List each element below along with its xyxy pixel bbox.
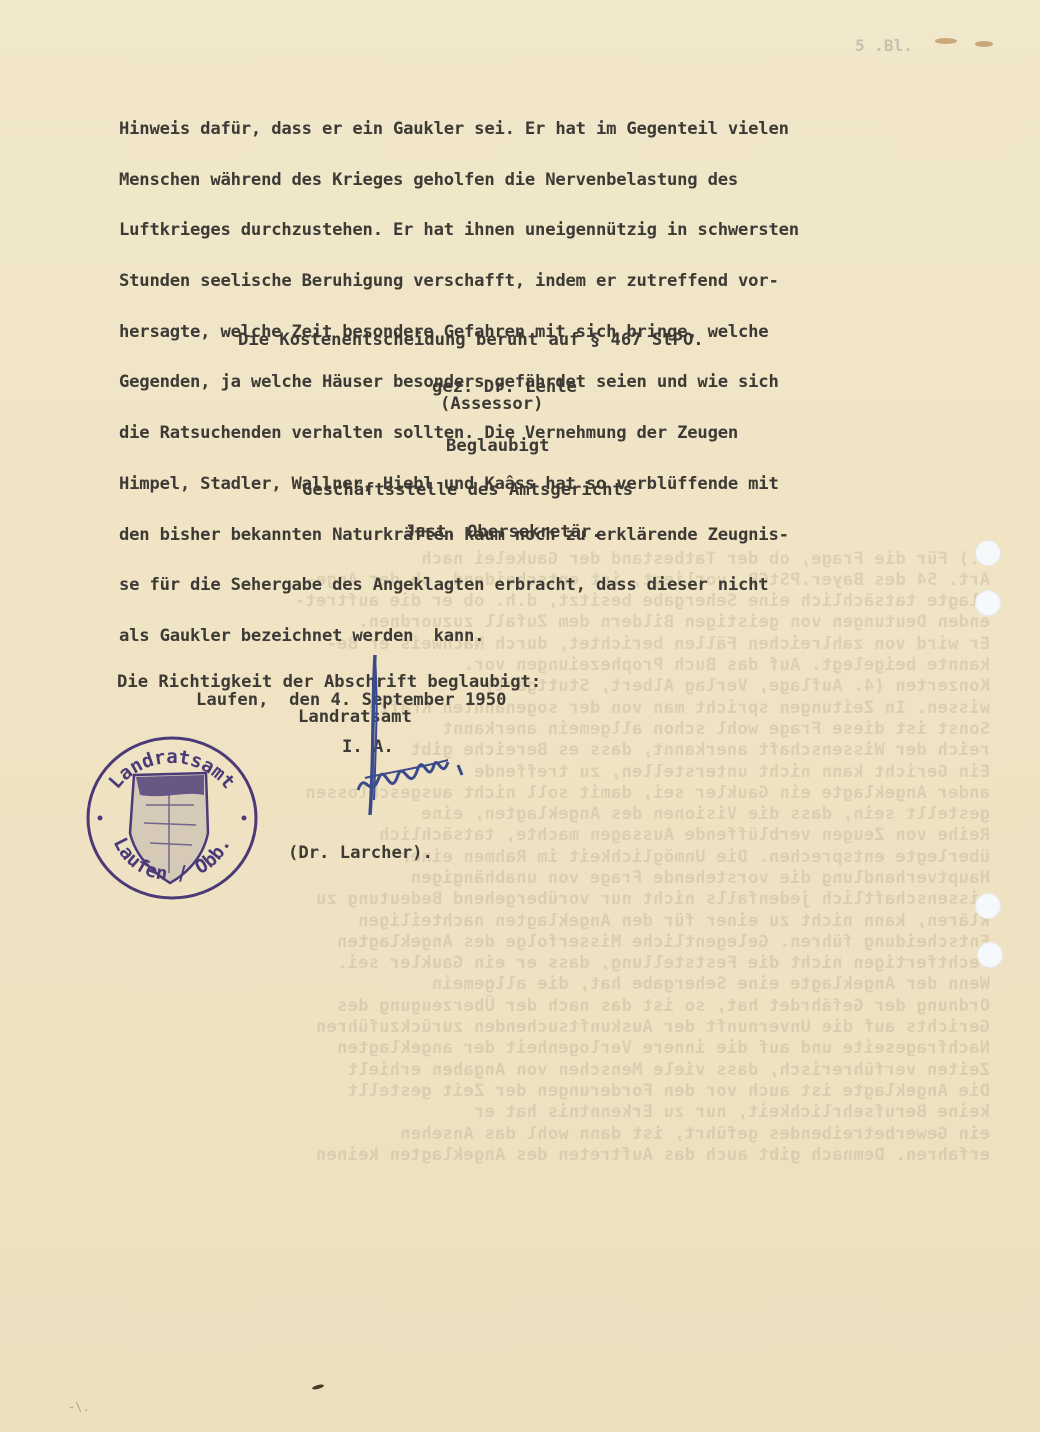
official-stamp: Landratsamt Laufen / Obb. xyxy=(84,733,260,903)
body-line: se für die Sehergabe des Angeklagten erb… xyxy=(119,577,999,594)
body-line: Hinweis dafür, dass er ein Gaukler sei. … xyxy=(119,121,999,138)
smudge-mark xyxy=(975,41,993,47)
page-number: 5 .Bl. xyxy=(855,36,913,55)
office-title: Just. Obersekretär. xyxy=(405,522,602,542)
punch-hole xyxy=(975,540,1001,566)
punch-hole xyxy=(975,590,1001,616)
punch-hole xyxy=(975,893,1001,919)
body-line: die Ratsuchenden verhalten sollten. Die … xyxy=(119,425,999,442)
certified-label: Beglaubigt xyxy=(446,436,549,456)
pencil-mark: -\. xyxy=(68,1400,90,1414)
body-line: Luftkrieges durchzustehen. Er hat ihnen … xyxy=(119,222,999,239)
document-page: 3.) Für die Frage, ob der Tatbestand der… xyxy=(0,0,1040,1432)
punch-hole xyxy=(977,942,1003,968)
signatory: (Dr. Larcher). xyxy=(288,843,433,863)
cost-decision: Die Kostenentscheidung beruht auf § 467 … xyxy=(238,330,704,350)
body-line: Stunden seelische Beruhigung verschafft,… xyxy=(119,273,999,290)
handwritten-signature xyxy=(330,650,480,830)
office-name: Geschäftsstelle des Amtsgerichts xyxy=(302,480,633,500)
signed-title: (Assessor) xyxy=(440,394,543,414)
ink-speck xyxy=(312,1384,325,1391)
body-line: als Gaukler bezeichnet werden kann. xyxy=(119,628,999,645)
smudge-mark xyxy=(935,38,957,44)
body-line: Menschen während des Krieges geholfen di… xyxy=(119,172,999,189)
